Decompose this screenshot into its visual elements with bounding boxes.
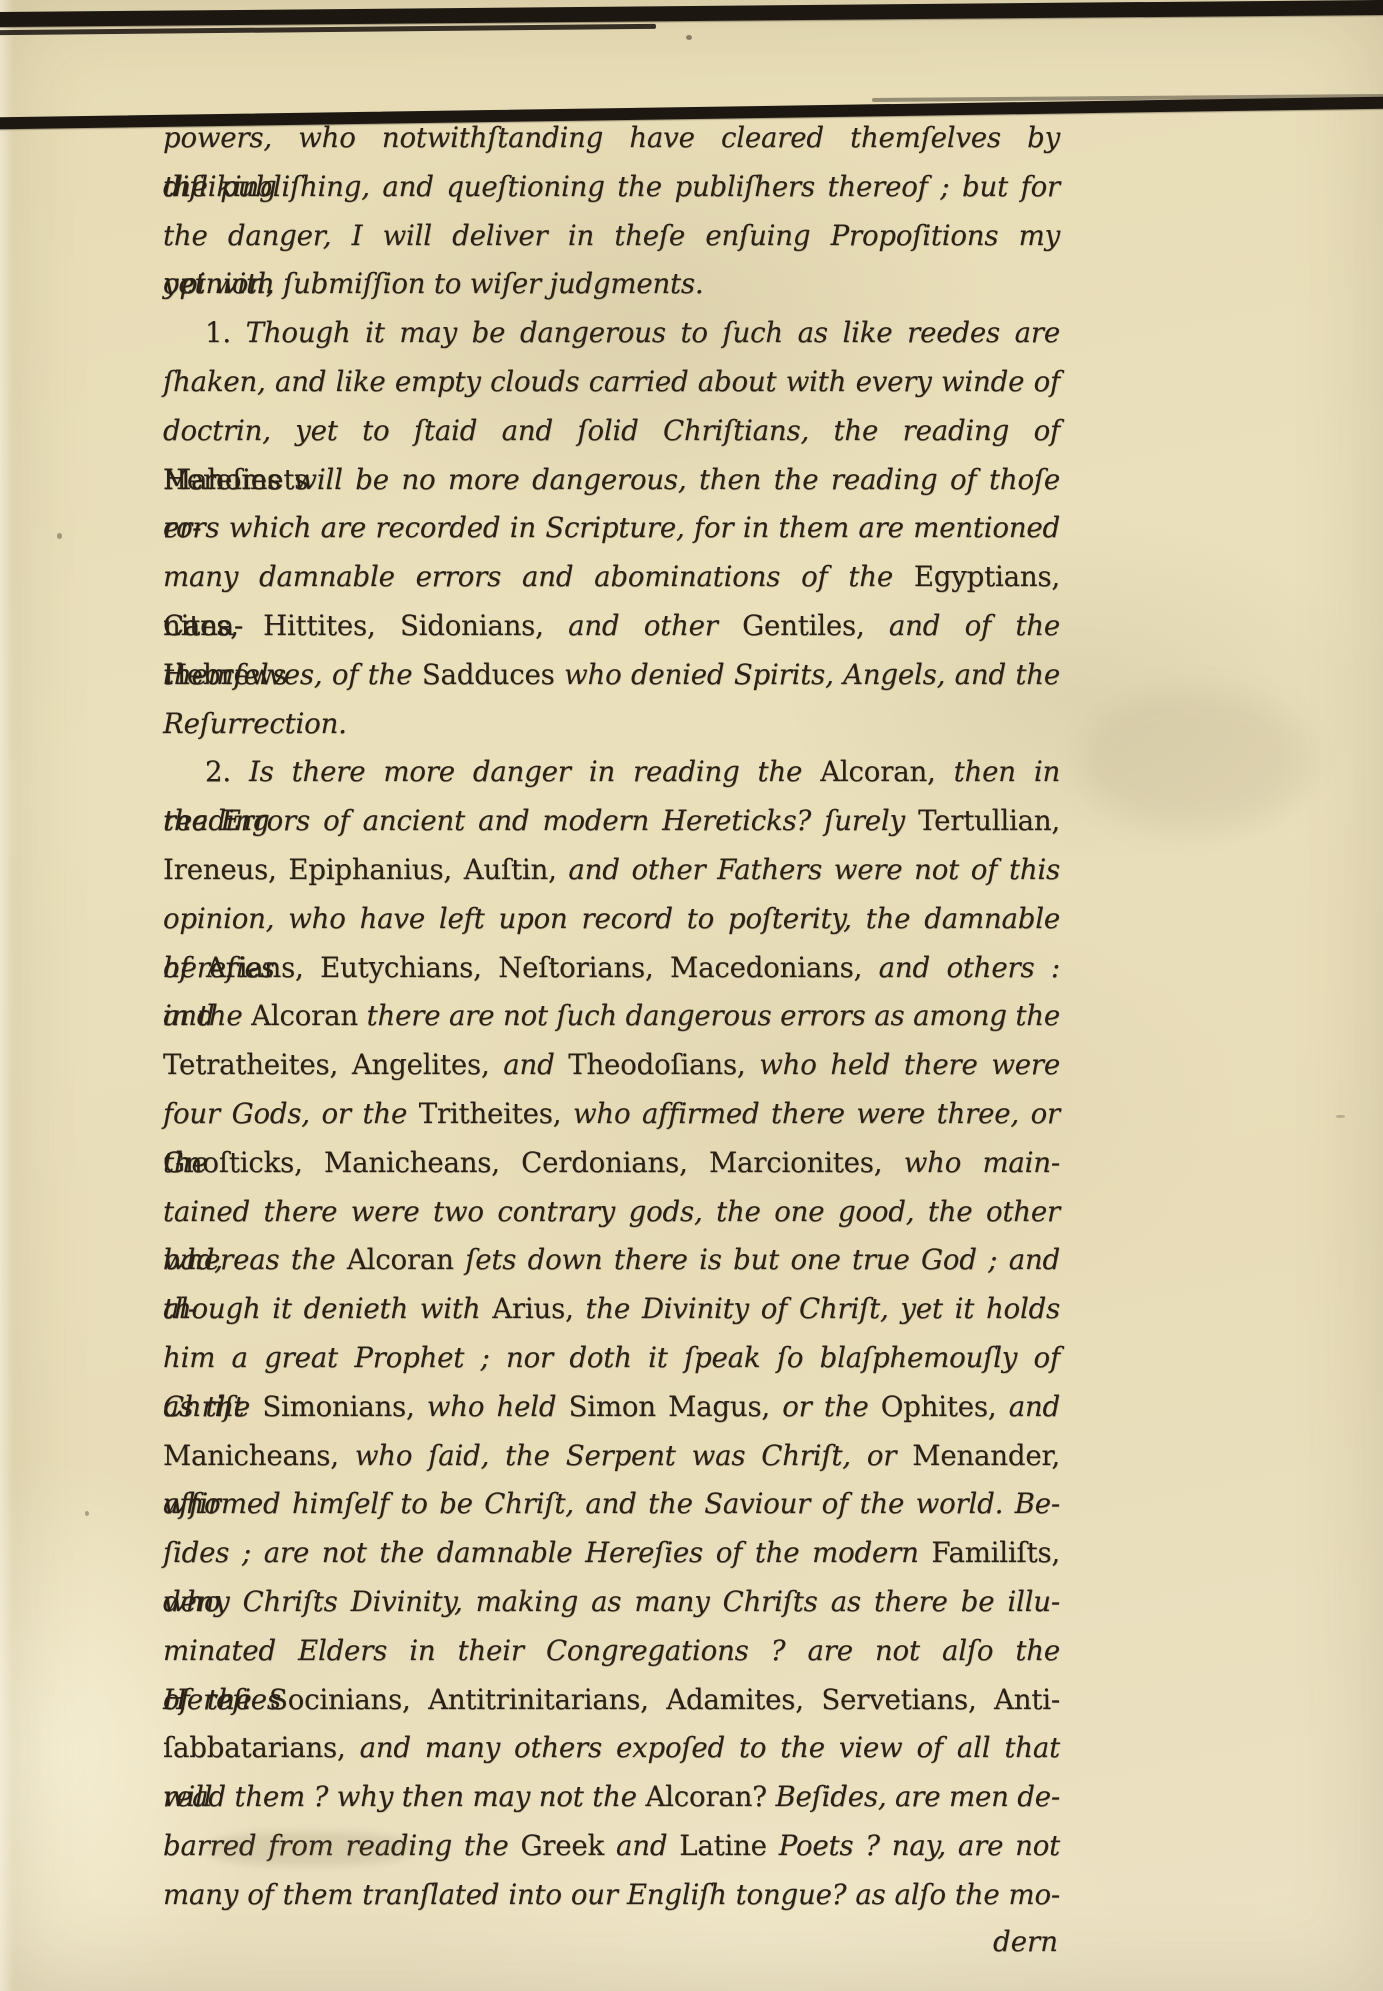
text-line: ſhaken, and like empty clouds carried ab… [163, 358, 1060, 407]
italic-text-segment: many of them tranſlated into our Engliſh… [163, 1878, 1060, 1911]
italic-text-segment: who held [427, 1390, 569, 1423]
text-line: minated Elders in their Congregations ? … [163, 1627, 1060, 1676]
text-line: the danger, I will deliver in theſe enſu… [163, 212, 1060, 261]
text-line: affirmed himſelf to be Chriſt, and the S… [163, 1480, 1060, 1529]
italic-text-segment: though it denieth with [163, 1292, 492, 1325]
text-line: as the Simonians, who held Simon Magus, … [163, 1383, 1060, 1432]
italic-text-segment: ſides ; are not the damnable Hereſies of… [163, 1536, 931, 1569]
italic-text-segment: of [163, 951, 206, 984]
italic-text-segment: who denied Spirits, Angels, and the [564, 658, 1060, 691]
italic-text-segment: the publiſhing, and queſtioning the publ… [163, 170, 1060, 203]
roman-text-segment: Manicheans, [163, 1439, 355, 1472]
italic-text-segment: Is there more danger in reading the [249, 755, 820, 788]
roman-text-segment: Sadduces [422, 658, 564, 691]
italic-text-segment: there are not ſuch dangerous errors as a… [367, 999, 1060, 1032]
roman-text-segment: Menander, [912, 1439, 1060, 1472]
roman-text-segment: Alcoran [347, 1243, 465, 1276]
italic-text-segment: doctrin, yet to ſtaid and ſolid Chriſtia… [163, 414, 1060, 447]
text-line: yet with ſubmiſſion to wiſer judgments. [163, 260, 1060, 309]
book-page-scan: powers, who notwithſtanding have cleared… [0, 0, 1383, 1991]
text-line: Tetratheites, Angelites, and Theodoſians… [163, 1041, 1060, 1090]
roman-text-segment: Arius, [492, 1292, 585, 1325]
roman-text-segment: Ireneus, Epiphanius, Auſtin, [163, 853, 568, 886]
italic-text-segment: in the [163, 999, 251, 1032]
text-line: of the Socinians, Antitrinitarians, Adam… [163, 1676, 1060, 1725]
text-line: rors which are recorded in Scripture, fo… [163, 504, 1060, 553]
text-line: him a great Prophet ; nor doth it ſpeak … [163, 1334, 1060, 1383]
top-border-rule [0, 0, 1383, 27]
text-line: many of them tranſlated into our Engliſh… [163, 1871, 1060, 1920]
roman-text-segment: 2. [205, 755, 249, 788]
italic-text-segment: Poets ? nay, are not [779, 1829, 1060, 1862]
italic-text-segment: rors which are recorded in Scripture, fo… [163, 511, 1060, 544]
roman-text-segment: 1. [205, 316, 246, 349]
roman-text-segment: Simonians, [262, 1390, 427, 1423]
italic-text-segment: deny Chriſts Divinity, making as many Ch… [163, 1585, 1060, 1618]
text-line: tained there were two contrary gods, the… [163, 1188, 1060, 1237]
italic-text-segment: and other Fathers were not of this [568, 853, 1060, 886]
italic-text-segment: and other [568, 609, 742, 642]
roman-text-segment: Familiſts, [931, 1536, 1060, 1569]
text-line: whereas the Alcoran ſets down there is b… [163, 1236, 1060, 1285]
italic-text-segment: ſhaken, and like empty clouds carried ab… [163, 365, 1060, 398]
italic-text-segment: who held there were [759, 1048, 1060, 1081]
text-line: four Gods, or the Tritheites, who affirm… [163, 1090, 1060, 1139]
roman-text-segment: nites, Hittites, Sidonians, [163, 609, 568, 642]
italic-text-segment: Though it may be dangerous to ſuch as li… [246, 316, 1060, 349]
ink-showthrough [1080, 690, 1310, 830]
roman-text-segment: ſabbatarians, [163, 1731, 360, 1764]
roman-text-segment: Socinians, Antitrinitarians, Adamites, S… [269, 1683, 1060, 1716]
ink-speck [57, 533, 62, 539]
text-line: the publiſhing, and queſtioning the publ… [163, 163, 1060, 212]
text-line: Ireneus, Epiphanius, Auſtin, and other F… [163, 846, 1060, 895]
text-line: nites, Hittites, Sidonians, and other Ge… [163, 602, 1060, 651]
italic-text-segment: and of the [889, 609, 1060, 642]
italic-text-segment: the Divinity of Chriſt, yet it holds [585, 1292, 1060, 1325]
text-line: Manicheans, who ſaid, the Serpent was Ch… [163, 1432, 1060, 1481]
ink-speck [1336, 1115, 1345, 1118]
italic-text-segment: the Errors of ancient and modern Heretic… [163, 804, 918, 837]
text-line: of Arians, Eutychians, Neſtorians, Maced… [163, 944, 1060, 993]
roman-text-segment: Tetratheites, Angelites, [163, 1048, 503, 1081]
roman-text-segment: Tertullian, [918, 804, 1060, 837]
text-line: 1. Though it may be dangerous to ſuch as… [163, 309, 1060, 358]
italic-text-segment: whereas the [163, 1243, 347, 1276]
roman-text-segment: Alcoran? [645, 1780, 775, 1813]
catchword: dern [163, 1919, 1060, 1965]
italic-text-segment: yet with ſubmiſſion to wiſer judgments. [163, 267, 703, 300]
italic-text-segment: who main- [904, 1146, 1060, 1179]
text-line: powers, who notwithſtanding have cleared… [163, 114, 1060, 163]
text-line: deny Chriſts Divinity, making as many Ch… [163, 1578, 1060, 1627]
roman-text-segment: Gentiles, [742, 609, 889, 642]
text-line: many damnable errors and abominations of… [163, 553, 1060, 602]
roman-text-segment: Simon Magus, [569, 1390, 783, 1423]
roman-text-segment: Gnoſticks, Manicheans, Cerdonians, Marci… [163, 1146, 904, 1179]
italic-text-segment: read them ? why then may not the [163, 1780, 645, 1813]
roman-text-segment: Arians, Eutychians, Neſtorians, Macedoni… [206, 951, 879, 984]
italic-text-segment: Beſides, are men de- [775, 1780, 1060, 1813]
roman-text-segment: Alcoran [251, 999, 367, 1032]
roman-text-segment: Hereſies [163, 463, 293, 496]
text-line: doctrin, yet to ſtaid and ſolid Chriſtia… [163, 407, 1060, 456]
roman-text-segment: Tritheites, [419, 1097, 573, 1130]
ink-speck [686, 35, 692, 40]
italic-text-segment: affirmed himſelf to be Chriſt, and the S… [163, 1487, 1060, 1520]
text-line: Hereſies will be no more dangerous, then… [163, 456, 1060, 505]
text-line: ſabbatarians, and many others expoſed to… [163, 1724, 1060, 1773]
text-line: in the Alcoran there are not ſuch danger… [163, 992, 1060, 1041]
text-block: powers, who notwithſtanding have cleared… [163, 114, 1060, 1965]
italic-text-segment: and [616, 1829, 679, 1862]
roman-text-segment: Latine [679, 1829, 779, 1862]
italic-text-segment: themſelves, of the [163, 658, 422, 691]
italic-text-segment: four Gods, or the [163, 1097, 419, 1130]
text-line: though it denieth with Arius, the Divini… [163, 1285, 1060, 1334]
ink-smudge [205, 1832, 415, 1866]
text-line: opinion, who have left upon record to po… [163, 895, 1060, 944]
italic-text-segment: Reſurrection. [163, 707, 347, 740]
text-line: ſides ; are not the damnable Hereſies of… [163, 1529, 1060, 1578]
italic-text-segment: of the [163, 1683, 269, 1716]
text-line: themſelves, of the Sadduces who denied S… [163, 651, 1060, 700]
italic-text-segment: as the [163, 1390, 262, 1423]
text-line: read them ? why then may not the Alcoran… [163, 1773, 1060, 1822]
text-line: Gnoſticks, Manicheans, Cerdonians, Marci… [163, 1139, 1060, 1188]
roman-text-segment: Theodoſians, [568, 1048, 759, 1081]
roman-text-segment: Ophites, [881, 1390, 1009, 1423]
ink-speck [85, 1511, 89, 1516]
roman-text-segment: Greek [520, 1829, 616, 1862]
text-line: Reſurrection. [163, 700, 1060, 749]
text-line: 2. Is there more danger in reading the A… [163, 748, 1060, 797]
italic-text-segment: who ſaid, the Serpent was Chriſt, or [355, 1439, 912, 1472]
italic-text-segment: or the [782, 1390, 881, 1423]
italic-text-segment: and [1009, 1390, 1060, 1423]
italic-text-segment: and [503, 1048, 568, 1081]
italic-text-segment: many damnable errors and abominations of… [163, 560, 914, 593]
roman-text-segment: Alcoran, [820, 755, 953, 788]
text-line: the Errors of ancient and modern Heretic… [163, 797, 1060, 846]
